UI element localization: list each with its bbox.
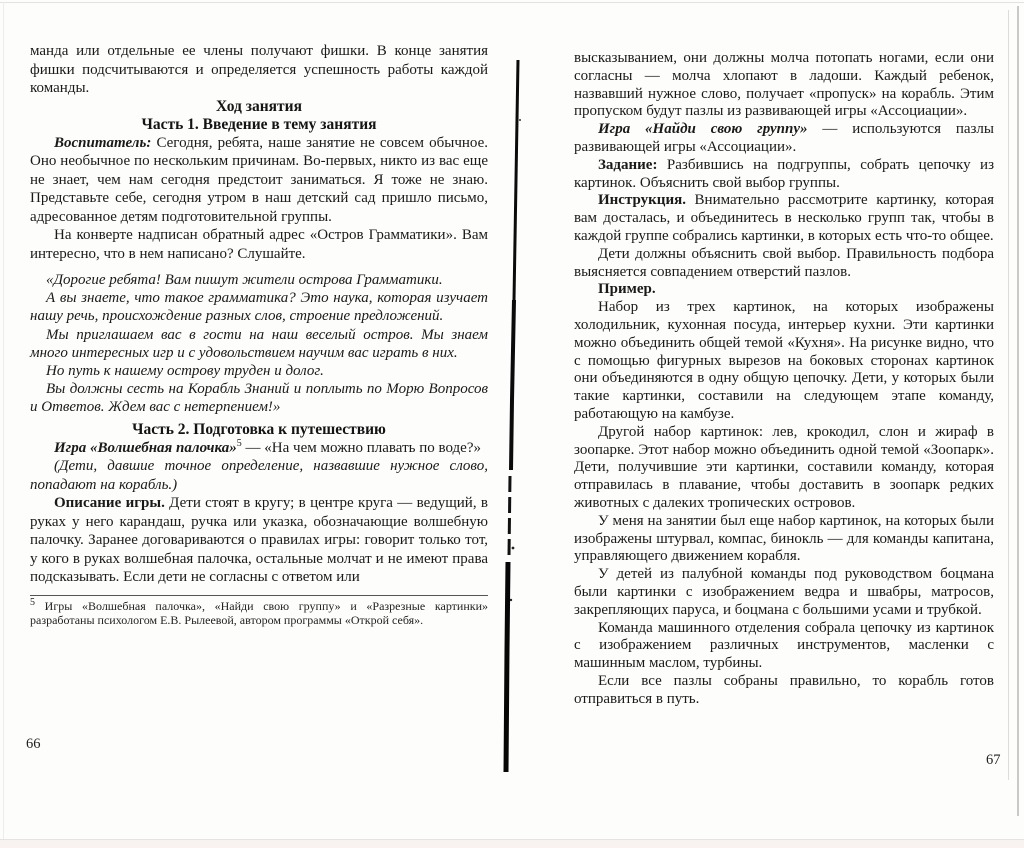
part1-heading: Часть 1. Введение в тему занятия xyxy=(30,116,488,134)
paragraph-text: высказыванием, они должны молча потопать… xyxy=(574,50,994,119)
scan-bottom-strip xyxy=(0,840,1024,848)
paragraph-lead: Инструкция. xyxy=(598,192,686,208)
paragraph: Инструкция. Внимательно рассмотрите карт… xyxy=(574,192,994,245)
paragraph: Пример. xyxy=(574,281,994,299)
description-paragraph: Описание игры. Дети стоят в кругу; в цен… xyxy=(30,494,488,587)
letter-line: Но путь к нашему острову труден и долог. xyxy=(30,362,488,380)
paragraph-text: У меня на занятии был еще набор картинок… xyxy=(574,513,994,565)
right-page: высказыванием, они должны молча потопать… xyxy=(574,50,994,708)
footnote: 5 Игры «Волшебная палочка», «Найди свою … xyxy=(30,595,488,628)
paragraph: На конверте надписан обратный адрес «Ост… xyxy=(30,226,488,263)
game-note: (Дети, давшие точное определение, назвав… xyxy=(30,457,488,494)
paragraph: Дети должны объяснить свой выбор. Правил… xyxy=(574,246,994,282)
paragraph: манда или отдельные ее члены получают фи… xyxy=(30,42,488,98)
paragraph-lead: Задание: xyxy=(598,157,657,173)
paragraph: Другой набор картинок: лев, крокодил, сл… xyxy=(574,424,994,513)
paragraph-text: Если все пазлы собраны правильно, то кор… xyxy=(574,673,994,707)
paragraph-text: У детей из палубной команды под руководс… xyxy=(574,566,994,618)
paragraph: Команда машинного отделения собрала цепо… xyxy=(574,620,994,673)
paragraph: Задание: Разбившись на подгруппы, собрат… xyxy=(574,157,994,193)
paragraph-text: Команда машинного отделения собрала цепо… xyxy=(574,620,994,672)
paragraph-lead: Игра «Найди свою группу» xyxy=(598,121,808,137)
letter-block: «Дорогие ребята! Вам пишут жители остров… xyxy=(30,271,488,417)
paragraph: У детей из палубной команды под руководс… xyxy=(574,566,994,619)
letter-line: Мы приглашаем вас в гости на наш веселый… xyxy=(30,326,488,362)
game-text: — «На чем можно плавать по воде?» xyxy=(242,440,481,456)
scan-edge-top xyxy=(0,2,1024,3)
footnote-text: Игры «Волшебная палочка», «Найди свою гр… xyxy=(30,599,488,628)
scan-edge-left xyxy=(3,2,4,842)
section-heading: Ход занятия xyxy=(30,98,488,116)
teacher-label: Воспитатель: xyxy=(54,135,151,151)
teacher-paragraph: Воспитатель: Сегодня, ребята, наше занят… xyxy=(30,134,488,227)
game-paragraph: Игра «Волшебная палочка»5 — «На чем можн… xyxy=(30,439,488,458)
paragraph: Игра «Найди свою группу» — используются … xyxy=(574,121,994,157)
paragraph: Если все пазлы собраны правильно, то кор… xyxy=(574,673,994,709)
paragraph-text: Другой набор картинок: лев, крокодил, сл… xyxy=(574,424,994,511)
letter-line: Вы должны сесть на Корабль Знаний и попл… xyxy=(30,380,488,416)
paragraph-lead: Пример. xyxy=(598,281,656,297)
scan-edge-right-outer xyxy=(1017,6,1019,816)
book-spread-scan: манда или отдельные ее члены получают фи… xyxy=(0,0,1024,848)
part2-heading: Часть 2. Подготовка к путешествию xyxy=(30,421,488,439)
page-number-right: 67 xyxy=(986,752,1001,769)
paragraph: У меня на занятии был еще набор картинок… xyxy=(574,513,994,566)
page-edge-right xyxy=(1008,10,1009,780)
paragraph: высказыванием, они должны молча потопать… xyxy=(574,50,994,121)
left-page: манда или отдельные ее члены получают фи… xyxy=(30,42,488,628)
page-number-left: 66 xyxy=(26,736,41,753)
letter-line: А вы знаете, что такое грамматика? Это н… xyxy=(30,289,488,325)
description-label: Описание игры. xyxy=(54,495,165,511)
game-title: Игра «Волшебная палочка» xyxy=(54,440,237,456)
paragraph-text: Дети должны объяснить свой выбор. Правил… xyxy=(574,246,994,280)
paragraph-text: Набор из трех картинок, на которых изобр… xyxy=(574,299,994,422)
letter-line: «Дорогие ребята! Вам пишут жители остров… xyxy=(30,271,488,289)
paragraph: Набор из трех картинок, на которых изобр… xyxy=(574,299,994,424)
